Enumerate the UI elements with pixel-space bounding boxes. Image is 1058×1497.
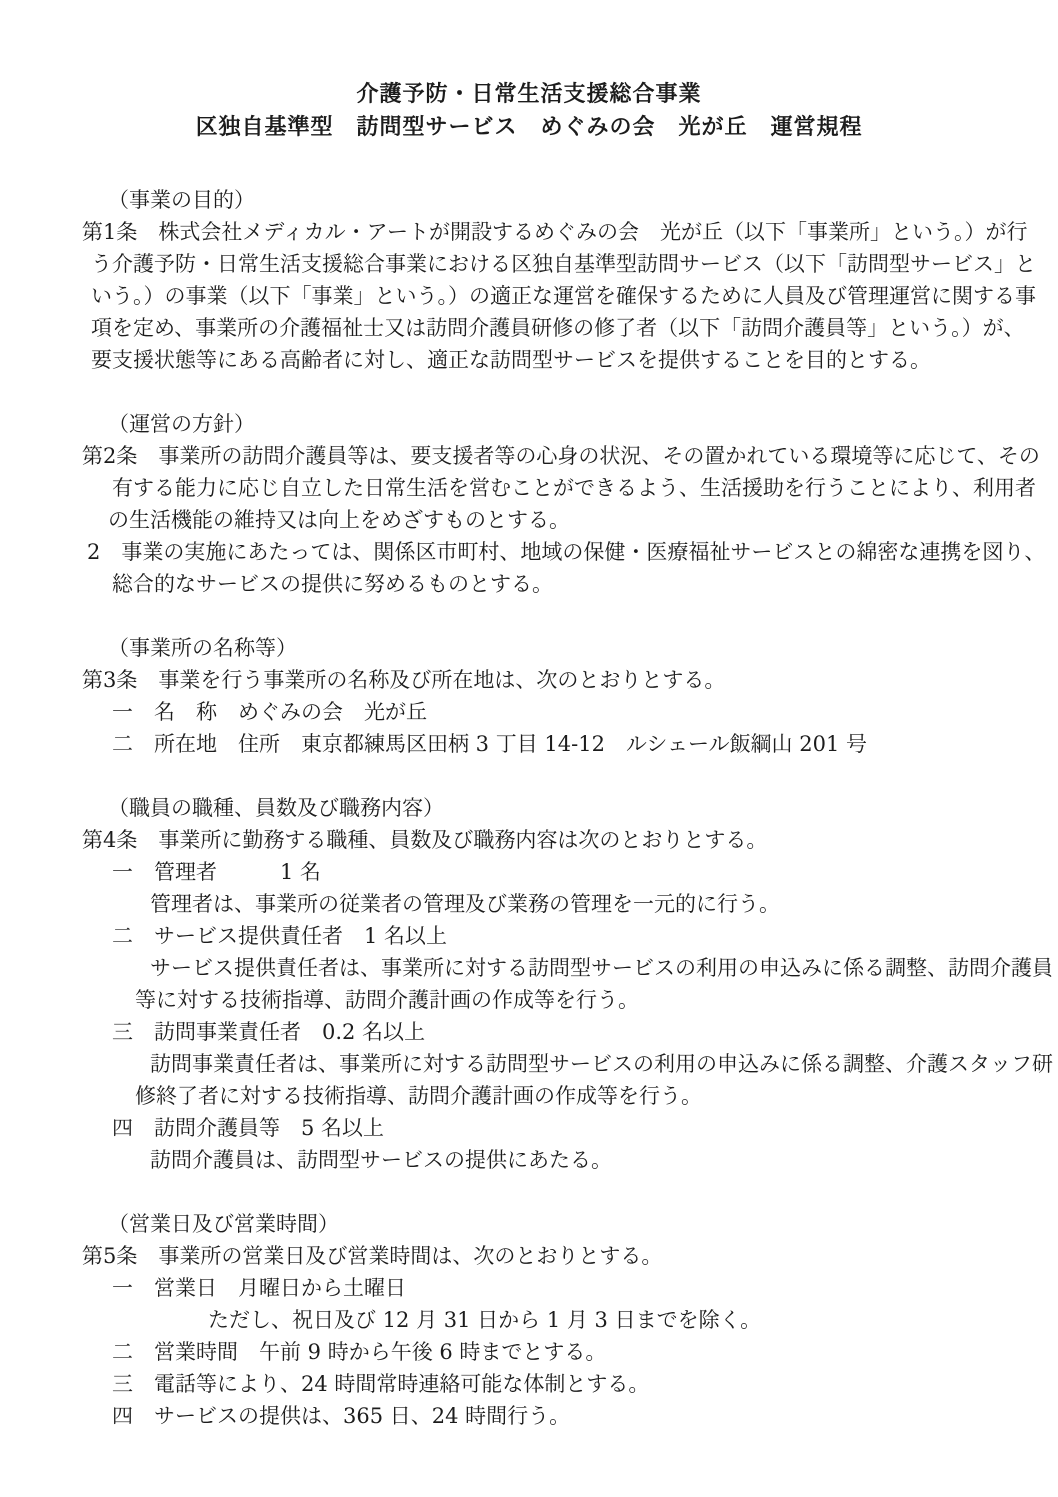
document-line: 第2条 事業所の訪問介護員等は、要支援者等の心身の状況、その置かれている環境等に… [82, 440, 998, 472]
document-title-line-1: 介護予防・日常生活支援総合事業 [0, 78, 1058, 111]
document-line: 訪問介護員は、訪問型サービスの提供にあたる。 [82, 1144, 998, 1176]
document-line: 総合的なサービスの提供に努めるものとする。 [82, 568, 998, 600]
document-line: いう。）の事業（以下「事業」という。）の適正な運営を確保するために人員及び管理運… [82, 280, 998, 312]
document-line: 一 管理者 1 名 [82, 856, 998, 888]
section-heading: （事業の目的） [82, 184, 998, 216]
document-page: 介護予防・日常生活支援総合事業 区独自基準型 訪問型サービス めぐみの会 光が丘… [0, 0, 1058, 1497]
document-line: 四 サービスの提供は、365 日、24 時間行う。 [82, 1400, 998, 1432]
document-line: 四 訪問介護員等 5 名以上 [82, 1112, 998, 1144]
section-heading: （職員の職種、員数及び職務内容） [82, 792, 998, 824]
document-line: 訪問事業責任者は、事業所に対する訪問型サービスの利用の申込みに係る調整、介護スタ… [82, 1048, 998, 1080]
document-line: 管理者は、事業所の従業者の管理及び業務の管理を一元的に行う。 [82, 888, 998, 920]
document-line: 項を定め、事業所の介護福祉士又は訪問介護員研修の修了者（以下「訪問介護員等」とい… [82, 312, 998, 344]
document-line: 三 電話等により、24 時間常時連絡可能な体制とする。 [82, 1368, 998, 1400]
document-line: 第1条 株式会社メディカル・アートが開設するめぐみの会 光が丘（以下「事業所」と… [82, 216, 998, 248]
document-line: の生活機能の維持又は向上をめざすものとする。 [82, 504, 998, 536]
document-line: う介護予防・日常生活支援総合事業における区独自基準型訪問サービス（以下「訪問型サ… [82, 248, 998, 280]
document-line: 二 営業時間 午前 9 時から午後 6 時までとする。 [82, 1336, 998, 1368]
document-line: 三 訪問事業責任者 0.2 名以上 [82, 1016, 998, 1048]
document-line: 要支援状態等にある高齢者に対し、適正な訪問型サービスを提供することを目的とする。 [82, 344, 998, 376]
document-line: 第3条 事業を行う事業所の名称及び所在地は、次のとおりとする。 [82, 664, 998, 696]
document-line: 有する能力に応じ自立した日常生活を営むことができるよう、生活援助を行うことにより… [82, 472, 998, 504]
document-line: 修終了者に対する技術指導、訪問介護計画の作成等を行う。 [82, 1080, 998, 1112]
title-spacer [82, 144, 998, 184]
document-line: 2 事業の実施にあたっては、関係区市町村、地域の保健・医療福祉サービスとの綿密な… [82, 536, 998, 568]
document-line: 二 所在地 住所 東京都練馬区田柄 3 丁目 14-12 ルシェール飯綱山 20… [82, 728, 998, 760]
document-title-line-2: 区独自基準型 訪問型サービス めぐみの会 光が丘 運営規程 [0, 111, 1058, 144]
document-section: （運営の方針）第2条 事業所の訪問介護員等は、要支援者等の心身の状況、その置かれ… [82, 408, 998, 600]
document-line: ただし、祝日及び 12 月 31 日から 1 月 3 日までを除く。 [82, 1304, 998, 1336]
section-heading: （運営の方針） [82, 408, 998, 440]
document-line: 第4条 事業所に勤務する職種、員数及び職務内容は次のとおりとする。 [82, 824, 998, 856]
document-body: （事業の目的）第1条 株式会社メディカル・アートが開設するめぐみの会 光が丘（以… [82, 184, 998, 1432]
document-section: （事業所の名称等）第3条 事業を行う事業所の名称及び所在地は、次のとおりとする。… [82, 632, 998, 760]
document-section: （営業日及び営業時間）第5条 事業所の営業日及び営業時間は、次のとおりとする。一… [82, 1208, 998, 1432]
document-line: 第5条 事業所の営業日及び営業時間は、次のとおりとする。 [82, 1240, 998, 1272]
document-line: 等に対する技術指導、訪問介護計画の作成等を行う。 [82, 984, 998, 1016]
document-section: （事業の目的）第1条 株式会社メディカル・アートが開設するめぐみの会 光が丘（以… [82, 184, 998, 376]
document-section: （職員の職種、員数及び職務内容）第4条 事業所に勤務する職種、員数及び職務内容は… [82, 792, 998, 1176]
document-title: 介護予防・日常生活支援総合事業 区独自基準型 訪問型サービス めぐみの会 光が丘… [0, 78, 1058, 144]
document-line: 二 サービス提供責任者 1 名以上 [82, 920, 998, 952]
document-line: 一 名 称 めぐみの会 光が丘 [82, 696, 998, 728]
document-line: 一 営業日 月曜日から土曜日 [82, 1272, 998, 1304]
section-heading: （営業日及び営業時間） [82, 1208, 998, 1240]
section-heading: （事業所の名称等） [82, 632, 998, 664]
document-line: サービス提供責任者は、事業所に対する訪問型サービスの利用の申込みに係る調整、訪問… [82, 952, 998, 984]
